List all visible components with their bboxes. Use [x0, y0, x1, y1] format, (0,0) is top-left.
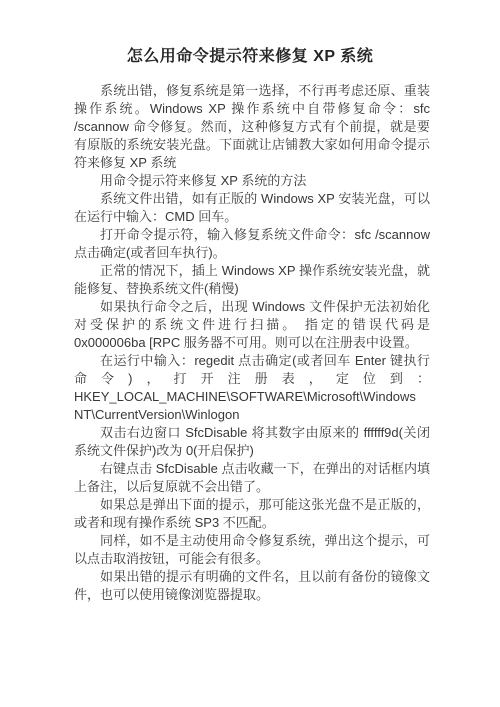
paragraph-method-heading: 用命令提示符来修复 XP 系统的方法	[74, 172, 430, 190]
paragraph-sfcdisable-note: 右键点击 SfcDisable 点击收藏一下，在弹出的对话框内填上备注，以后复原…	[74, 460, 430, 496]
paragraph-step-sfc: 打开命令提示符，输入修复系统文件命令：sfc /scannow 点击确定(或者回…	[74, 226, 430, 262]
paragraph-regedit-path: 在运行中输入：regedit 点击确定(或者回车 Enter 键执行命令)，打开…	[74, 352, 430, 424]
paragraph-step-cmd: 系统文件出错，如有正版的 Windows XP 安装光盘，可以在运行中输入：CM…	[74, 190, 430, 226]
paragraph-image-extract: 如果出错的提示有明确的文件名，且以前有备份的镜像文件，也可以使用镜像浏览器提取。	[74, 568, 430, 604]
paragraph-step-disc: 正常的情况下，插上 Windows XP 操作系统安装光盘，就能修复、替换系统文…	[74, 262, 430, 298]
paragraph-disc-mismatch: 如果总是弹出下面的提示，那可能这张光盘不是正版的，或者和现有操作系统 SP3 不…	[74, 496, 430, 532]
article-body: 系统出错，修复系统是第一选择，不行再考虑还原、重装操作系统。Windows XP…	[74, 82, 430, 604]
paragraph-intro: 系统出错，修复系统是第一选择，不行再考虑还原、重装操作系统。Windows XP…	[74, 82, 430, 172]
page-title: 怎么用命令提示符来修复 XP 系统	[0, 0, 500, 67]
document-page: 怎么用命令提示符来修复 XP 系统 系统出错，修复系统是第一选择，不行再考虑还原…	[0, 0, 500, 707]
paragraph-sfcdisable-value: 双击右边窗口 SfcDisable 将其数字由原来的 ffffff9d(关闭系统…	[74, 424, 430, 460]
paragraph-cancel-tip: 同样，如不是主动使用命令修复系统，弹出这个提示，可以点击取消按钮，可能会有很多。	[74, 532, 430, 568]
paragraph-error-code: 如果执行命令之后，出现 Windows 文件保护无法初始化对受保护的系统文件进行…	[74, 298, 430, 352]
